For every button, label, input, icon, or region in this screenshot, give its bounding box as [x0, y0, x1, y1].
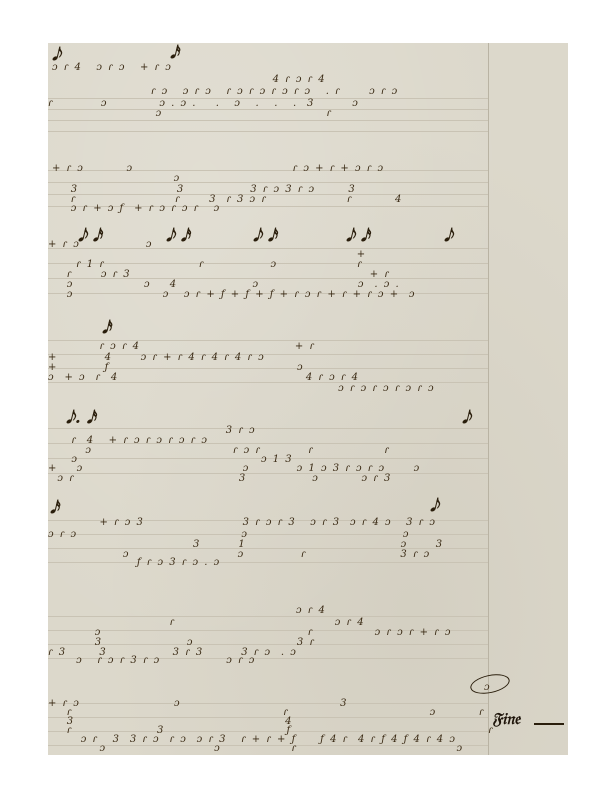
tab-line: ƒ ɾ ɔ 3 ɾ ɔ . ɔ: [48, 558, 221, 568]
tab-line: ɔ + ɔ ɾ 4 4 ɾ ɔ ɾ 4: [48, 373, 359, 383]
tab-line: ɔ ɾ 4 ɔ ɾ ɔ + ɾ ɔ: [52, 63, 172, 73]
tab-line: ɔ ɾ ɔ ɾ 3 ɾ ɔ ɔ ɾ ɔ: [48, 656, 256, 666]
staff-line: [48, 131, 488, 132]
tab-line: ɔ ɾ: [48, 109, 333, 119]
end-flourish-signature: 𝔉𝔦𝔫𝔢: [492, 711, 520, 727]
rhythm-flag-icon: 𝅘𝅥𝅮: [462, 410, 471, 427]
rhythm-flag-icon: 𝅘𝅥𝅯: [50, 500, 59, 517]
tab-line: ɔ ɾ ɔ ɾ ɔ ɾ ɔ ɾ ɔ: [48, 384, 435, 394]
tab-line: ɔ: [52, 174, 181, 184]
final-mark: ɔ: [484, 683, 491, 693]
tab-line: ɔ ɔ ɔ ɾ + ƒ + ƒ + ƒ + ɾ ɔ ɾ + ɾ + ɾ ɔ + …: [48, 290, 416, 300]
rhythm-flag-icon: 𝅘𝅥𝅮: [430, 498, 439, 515]
end-flourish-tail: [534, 723, 564, 725]
rhythm-flag-icon: 𝅘𝅥𝅮 𝅘𝅥𝅯: [166, 228, 190, 245]
tab-line: ɔ ɾ + ɔ ƒ + ɾ ɔ ɾ ɔ ɾ ɔ: [52, 204, 221, 214]
rhythm-flag-icon: 𝅘𝅥𝅯: [102, 320, 111, 337]
manuscript-page: 𝅘𝅥𝅮 𝅘𝅥𝅯 ɔ ɾ 4 ɔ ɾ ɔ + ɾ ɔ 4 ɾ ɔ ɾ 4 ɾ ɔ …: [48, 43, 568, 755]
tab-line: ɔ ɾ 3 ɔ ɔ ɾ 3: [48, 474, 392, 484]
tab-line: ɾ ɔ ɾ 4 + ɾ: [48, 342, 316, 352]
rhythm-flag-icon: 𝅘𝅥𝅮 𝅘𝅥𝅯: [346, 228, 370, 245]
rhythm-flag-icon: 𝅘𝅥𝅮: [444, 228, 453, 245]
tab-line: ɾ ɔ ɔ ɾ ɔ ɾ ɔ ɾ ɔ ɾ ɔ ɾ ɔ . ɾ ɔ ɾ ɔ: [48, 87, 399, 97]
tab-line: 4 ɾ ɔ ɾ 4: [48, 75, 326, 85]
rhythm-flag-icon: 𝅘𝅥𝅯: [170, 45, 179, 62]
tab-line: + ɾ ɔ 3 3 ɾ ɔ ɾ 3 ɔ ɾ 3 ɔ ɾ 4 ɔ 3 ɾ ɔ: [48, 518, 436, 528]
rhythm-flag-icon: 𝅘𝅥𝅮 𝅘𝅥𝅯: [253, 228, 277, 245]
tab-line: ɔ ɔ ɾ ɔ: [48, 744, 464, 754]
staff-line: [48, 120, 488, 121]
tab-line: ɔ ɾ 4: [48, 606, 326, 616]
margin-rule: [488, 43, 489, 755]
